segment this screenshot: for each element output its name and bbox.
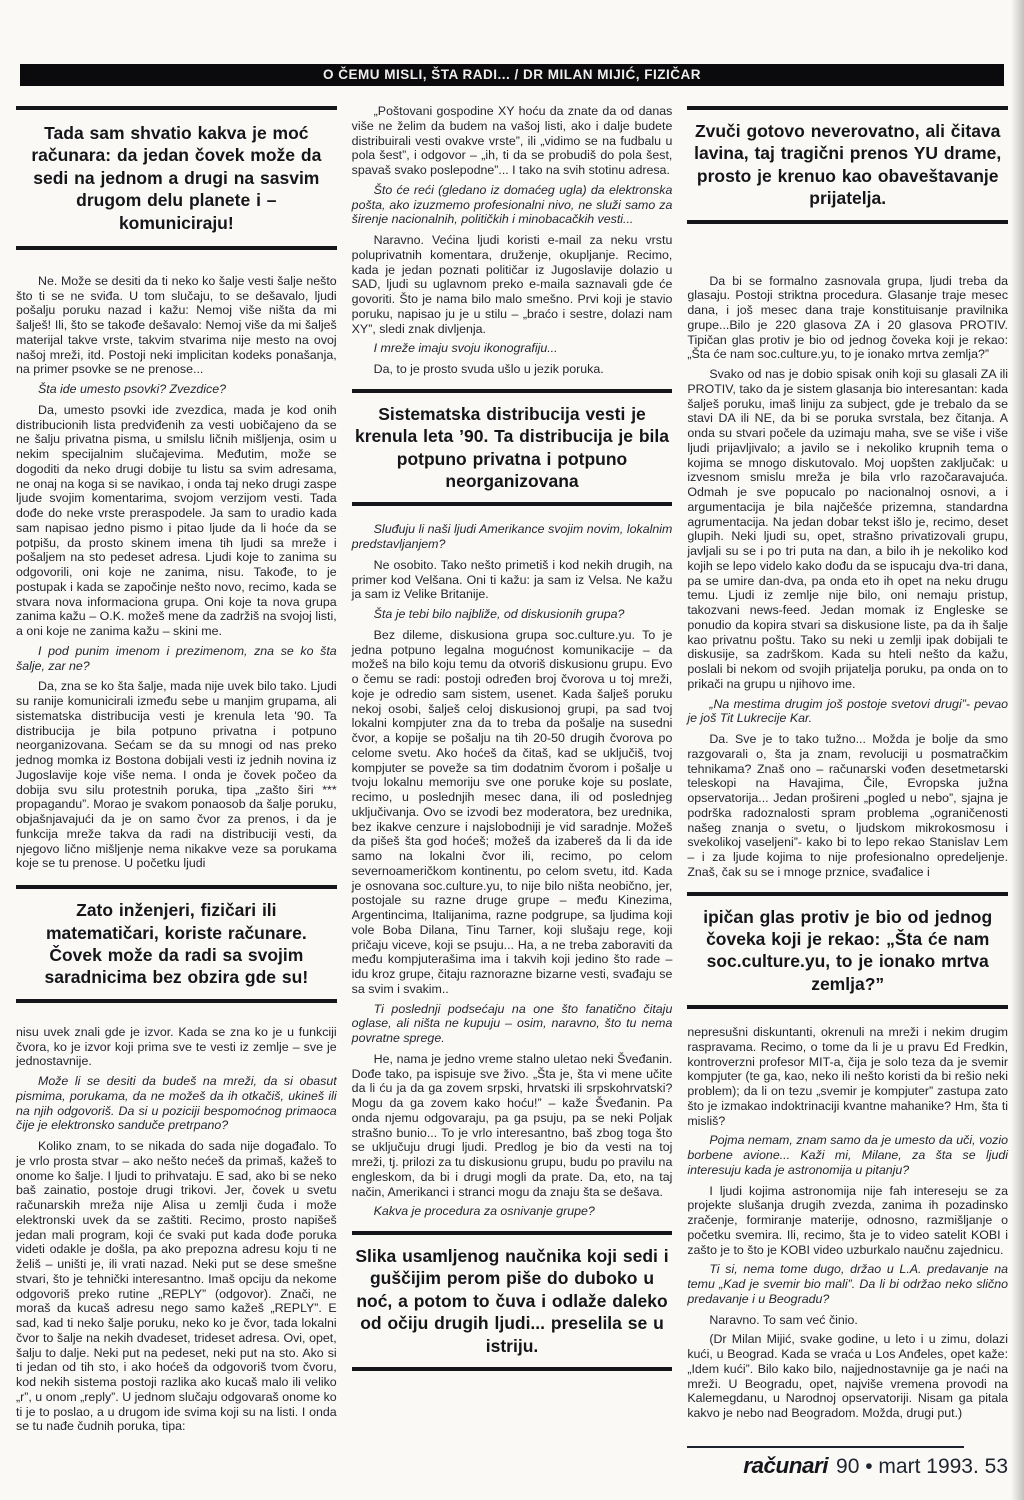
scan-edge-shadow — [1011, 0, 1024, 1500]
body-paragraph: nisu uvek znali gde je izvor. Kada se zn… — [16, 1025, 337, 1069]
body-paragraph: Svako od nas je dobio spisak onih koji s… — [687, 367, 1008, 692]
interview-question: I pod punim imenom i prezimenom, zna se … — [16, 644, 337, 674]
body-paragraph: He, nama je jedno vreme stalno uletao ne… — [352, 1052, 673, 1200]
interview-question: Može li se desiti da budeš na mreži, da … — [16, 1074, 337, 1133]
interview-question: „Na mestima drugim još postoje svetovi d… — [687, 697, 1008, 727]
interview-question: I mreže imaju svoju ikonografiju... — [352, 341, 673, 356]
pull-quote: Sistematska distribucija vesti je krenul… — [352, 389, 673, 507]
column-right-content: Zvuči gotovo neverovatno, ali čitava lav… — [687, 104, 1008, 1426]
body-paragraph: Ne. Može se desiti da ti neko ko šalje v… — [16, 274, 337, 377]
interview-question: Što će reći (gledano iz domaćeg ugla) da… — [352, 183, 673, 227]
pull-quote: Zvuči gotovo neverovatno, ali čitava lav… — [687, 106, 1008, 224]
body-paragraph: „Poštovani gospodine XY hoću da znate da… — [352, 104, 673, 178]
body-paragraph: I ljudi kojima astronomija nije fah inte… — [687, 1184, 1008, 1258]
page-footer: računari90 • mart 1993. 53 — [687, 1446, 1008, 1480]
interview-question: Ti si, nema tome dugo, držao u L.A. pred… — [687, 1262, 1008, 1306]
column-middle-content: „Poštovani gospodine XY hoću da znate da… — [352, 104, 673, 1387]
body-paragraph: Da. Sve je to tako tužno... Možda je bol… — [687, 732, 1008, 880]
body-paragraph: Naravno. To sam već činio. — [687, 1313, 1008, 1328]
article-headline: Tada sam shvatio kakva je moć računara: … — [16, 106, 337, 250]
column-left-content: Tada sam shvatio kakva je moć računara: … — [16, 104, 337, 1439]
footer-magazine-logo: računari — [743, 1453, 828, 1478]
body-paragraph: Koliko znam, to se nikada do sada nije d… — [16, 1139, 337, 1434]
body-paragraph: Da, to je prosto svuda ušlo u jezik poru… — [352, 362, 673, 377]
magazine-page: O ČEMU MISLI, ŠTA RADI... / DR MILAN MIJ… — [0, 0, 1024, 1500]
body-paragraph: Ne osobito. Tako nešto primetiš i kod ne… — [352, 558, 673, 602]
body-paragraph: Da, umesto psovki ide zvezdica, mada je … — [16, 403, 337, 639]
header-title: O ČEMU MISLI, ŠTA RADI... / DR MILAN MIJ… — [323, 67, 701, 82]
interview-question: Šta ide umesto psovki? Zvezdice? — [16, 382, 337, 397]
body-paragraph: Naravno. Većina ljudi koristi e-mail za … — [352, 233, 673, 336]
pull-quote: Zato inženjeri, fizičari ili matematičar… — [16, 885, 337, 1003]
interview-question: Sluđuju li naši ljudi Amerikance svojim … — [352, 522, 673, 552]
column-left: Tada sam shvatio kakva je moć računara: … — [16, 104, 337, 1480]
article-columns: Tada sam shvatio kakva je moć računara: … — [16, 104, 1008, 1480]
body-paragraph: Da bi se formalno zasnovala grupa, ljudi… — [687, 274, 1008, 363]
column-right: Zvuči gotovo neverovatno, ali čitava lav… — [687, 104, 1008, 1480]
body-paragraph: Bez dileme, diskusiona grupa soc.culture… — [352, 628, 673, 997]
interview-question: Kakva je procedura za osnivanje grupe? — [352, 1204, 673, 1219]
pull-quote: ipičan glas protiv je bio od jednog čove… — [687, 892, 1008, 1010]
footer-issue-info: 90 • mart 1993. 53 — [836, 1455, 1008, 1478]
column-middle: „Poštovani gospodine XY hoću da znate da… — [352, 104, 673, 1480]
pull-quote: Slika usamljenog naučnika koji sedi i gu… — [352, 1231, 673, 1371]
interview-question: Ti poslednji podsećaju na one što fanati… — [352, 1002, 673, 1046]
page-header-bar: O ČEMU MISLI, ŠTA RADI... / DR MILAN MIJ… — [20, 64, 1004, 86]
body-paragraph: Da, zna se ko šta šalje, mada nije uvek … — [16, 679, 337, 871]
interview-question: Pojma nemam, znam samo da je umesto da u… — [687, 1133, 1008, 1177]
body-paragraph: nepresušni diskuntanti, okrenuli na mrež… — [687, 1025, 1008, 1128]
interview-question: Šta je tebi bilo najbliže, od diskusioni… — [352, 607, 673, 622]
body-paragraph: (Dr Milan Mijić, svake godine, u leto i … — [687, 1332, 1008, 1421]
